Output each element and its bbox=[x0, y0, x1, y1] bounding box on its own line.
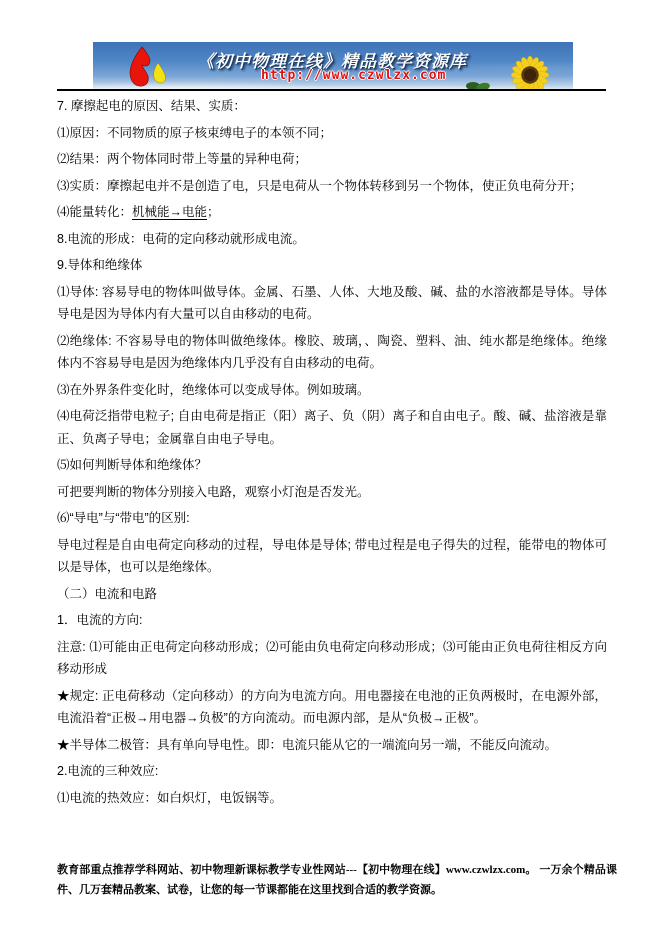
paragraph: 导电过程是自由电荷定向移动的过程，导电体是导体; 带电过程是电子得失的过程，能带… bbox=[57, 534, 607, 579]
paragraph-text: 7. 摩擦起电的原因、结果、实质： bbox=[57, 99, 246, 113]
leaf-icon bbox=[465, 78, 491, 89]
paragraph-text: 1．电流的方向: bbox=[57, 613, 142, 627]
paragraph-text: 注意: ⑴可能由正电荷定向移动形成；⑵可能由负电荷定向移动形成；⑶可能由正负电荷… bbox=[57, 640, 607, 677]
paragraph: ⑷能量转化：机械能→电能； bbox=[57, 201, 607, 224]
paragraph-text: ⑴原因：不同物质的原子核束缚电子的本领不同； bbox=[57, 126, 332, 140]
sunflower-icon bbox=[491, 55, 569, 89]
paragraph-text: ⑵结果：两个物体同时带上等量的异种电荷； bbox=[57, 152, 307, 166]
header-banner-image: 《初中物理在线》精品教学资源库 http://www.czwlzx.com bbox=[93, 42, 573, 89]
paragraph: ⑶在外界条件变化时，绝缘体可以变成导体。例如玻璃。 bbox=[57, 379, 607, 402]
paragraph: ⑴电流的热效应：如白炽灯，电饭锅等。 bbox=[57, 787, 607, 810]
underlined-text: 机械能→电能 bbox=[132, 205, 207, 219]
paragraph: ⑹“导电”与“带电”的区别: bbox=[57, 507, 607, 530]
paragraph: ⑵绝缘体: 不容易导电的物体叫做绝缘体。橡胶、玻璃，、陶瓷、塑料、油、纯水都是绝… bbox=[57, 330, 607, 375]
document-body: 7. 摩擦起电的原因、结果、实质：⑴原因：不同物质的原子核束缚电子的本领不同；⑵… bbox=[57, 95, 607, 813]
paragraph: 8.电流的形成：电荷的定向移动就形成电流。 bbox=[57, 228, 607, 251]
paragraph: 注意: ⑴可能由正电荷定向移动形成；⑵可能由负电荷定向移动形成；⑶可能由正负电荷… bbox=[57, 636, 607, 681]
paragraph-text: ⑴电流的热效应：如白炽灯，电饭锅等。 bbox=[57, 791, 282, 805]
paragraph: ⑴原因：不同物质的原子核束缚电子的本领不同； bbox=[57, 122, 607, 145]
banner-url: http://www.czwlzx.com bbox=[261, 68, 446, 83]
paragraph-text: ★半导体二极管：具有单向导电性。即：电流只能从它的一端流向另一端，不能反向流动。 bbox=[57, 738, 557, 752]
paragraph: ⑷电荷泛指带电粒子; 自由电荷是指正（阳）离子、负（阴）离子和自由电子。酸、碱、… bbox=[57, 405, 607, 450]
paragraph: 2.电流的三种效应: bbox=[57, 760, 607, 783]
paragraph-text: ⑷能量转化： bbox=[57, 205, 132, 219]
paragraph-text: ⑹“导电”与“带电”的区别: bbox=[57, 511, 190, 525]
paragraph-text: 8.电流的形成：电荷的定向移动就形成电流。 bbox=[57, 232, 305, 246]
paragraph: ⑵结果：两个物体同时带上等量的异种电荷； bbox=[57, 148, 607, 171]
footer-text: 教育部重点推荐学科网站、初中物理新课标教学专业性网站---【初中物理在线】www… bbox=[57, 861, 617, 900]
paragraph: ⑴导体: 容易导电的物体叫做导体。金属、石墨、人体、大地及酸、碱、盐的水溶液都是… bbox=[57, 281, 607, 326]
paragraph: 9.导体和绝缘体 bbox=[57, 254, 607, 277]
paragraph-text: （二）电流和电路 bbox=[57, 587, 157, 601]
header-divider bbox=[57, 89, 606, 91]
paragraph-text: 导电过程是自由电荷定向移动的过程，导电体是导体; 带电过程是电子得失的过程，能带… bbox=[57, 538, 607, 575]
paragraph-text: ⑶实质：摩擦起电并不是创造了电，只是电荷从一个物体转移到另一个物体，使正负电荷分… bbox=[57, 179, 582, 193]
paragraph-text: ⑶在外界条件变化时，绝缘体可以变成导体。例如玻璃。 bbox=[57, 383, 370, 397]
paragraph: 可把要判断的物体分别接入电路，观察小灯泡是否发光。 bbox=[57, 481, 607, 504]
paragraph: 1．电流的方向: bbox=[57, 609, 607, 632]
paragraph-text: ⑴导体: 容易导电的物体叫做导体。金属、石墨、人体、大地及酸、碱、盐的水溶液都是… bbox=[57, 285, 607, 322]
paragraph-text: ⑵绝缘体: 不容易导电的物体叫做绝缘体。橡胶、玻璃，、陶瓷、塑料、油、纯水都是绝… bbox=[57, 334, 607, 371]
paragraph-text: 2.电流的三种效应: bbox=[57, 764, 158, 778]
flame-logo-icon bbox=[115, 45, 177, 89]
paragraph-text: 9.导体和绝缘体 bbox=[57, 258, 142, 272]
paragraph-text: ⑷电荷泛指带电粒子; 自由电荷是指正（阳）离子、负（阴）离子和自由电子。酸、碱、… bbox=[57, 409, 607, 446]
paragraph: ★半导体二极管：具有单向导电性。即：电流只能从它的一端流向另一端，不能反向流动。 bbox=[57, 734, 607, 757]
paragraph: ★规定: 正电荷移动（定向移动）的方向为电流方向。用电器接在电池的正负两极时，在… bbox=[57, 685, 607, 730]
paragraph: 7. 摩擦起电的原因、结果、实质： bbox=[57, 95, 607, 118]
paragraph: （二）电流和电路 bbox=[57, 583, 607, 606]
paragraph-text: ； bbox=[207, 205, 220, 219]
paragraph-text: 可把要判断的物体分别接入电路，观察小灯泡是否发光。 bbox=[57, 485, 370, 499]
document-page: 《初中物理在线》精品教学资源库 http://www.czwlzx.com bbox=[0, 0, 661, 936]
paragraph-text: ★规定: 正电荷移动（定向移动）的方向为电流方向。用电器接在电池的正负两极时，在… bbox=[57, 689, 607, 726]
paragraph-text: ⑸如何判断导体和绝缘体？ bbox=[57, 458, 207, 472]
paragraph: ⑶实质：摩擦起电并不是创造了电，只是电荷从一个物体转移到另一个物体，使正负电荷分… bbox=[57, 175, 607, 198]
paragraph: ⑸如何判断导体和绝缘体？ bbox=[57, 454, 607, 477]
